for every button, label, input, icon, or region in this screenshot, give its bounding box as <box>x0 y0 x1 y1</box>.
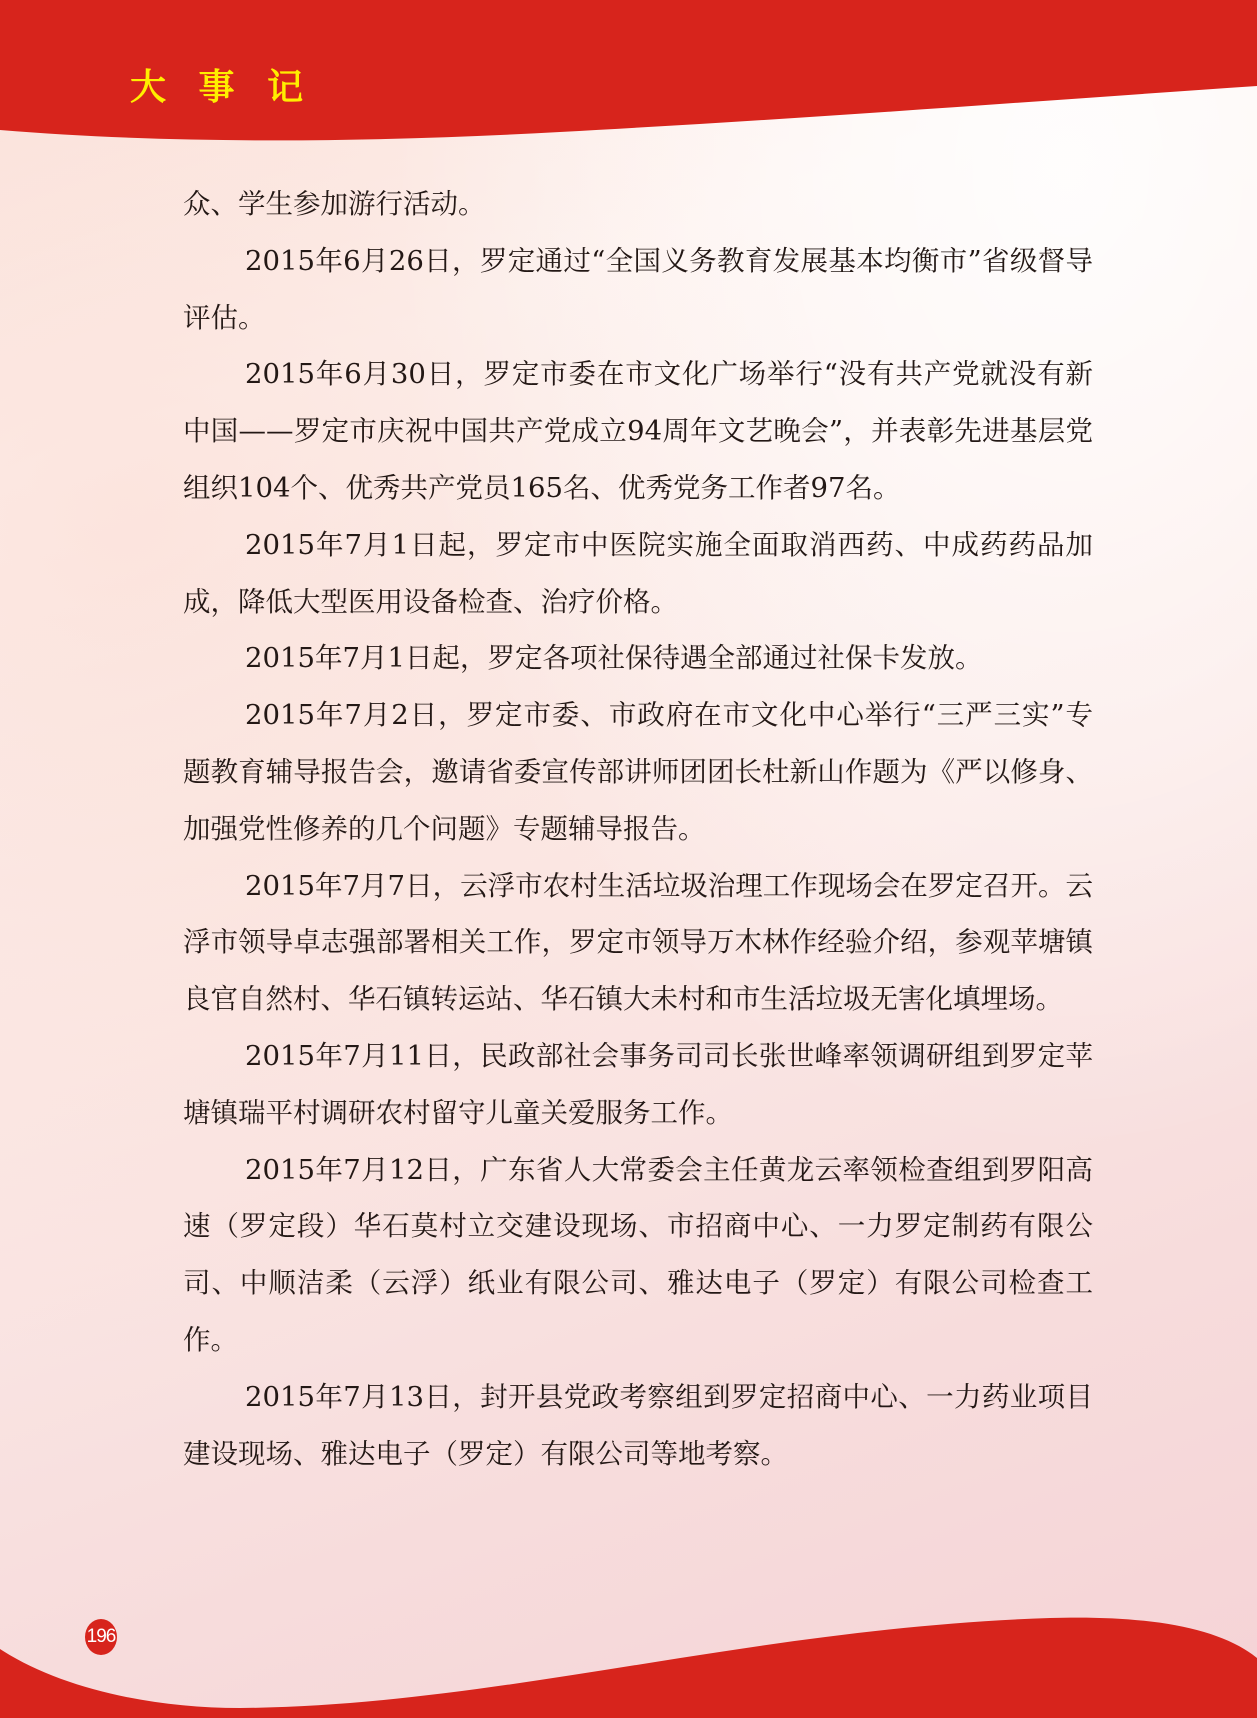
footer-band <box>0 1588 1257 1718</box>
chronicle-content: 众、学生参加游行活动。 2015年6月26日，罗定通过“全国义务教育发展基本均衡… <box>183 176 1093 1482</box>
event-entry: 2015年6月30日，罗定市委在市文化广场举行“没有共产党就没有新中国——罗定市… <box>183 346 1093 516</box>
page-number-badge: 196 <box>85 1619 117 1655</box>
event-entry: 2015年7月1日起，罗定各项社保待遇全部通过社保卡发放。 <box>183 630 1093 687</box>
paragraph-continuation: 众、学生参加游行活动。 <box>183 176 1093 233</box>
event-entry: 2015年6月26日，罗定通过“全国义务教育发展基本均衡市”省级督导评估。 <box>183 233 1093 347</box>
event-entry: 2015年7月7日，云浮市农村生活垃圾治理工作现场会在罗定召开。云浮市领导卓志强… <box>183 858 1093 1028</box>
section-title: 大 事 记 <box>130 70 313 106</box>
event-entry: 2015年7月11日，民政部社会事务司司长张世峰率领调研组到罗定苹塘镇瑞平村调研… <box>183 1028 1093 1142</box>
event-entry: 2015年7月12日，广东省人大常委会主任黄龙云率领检查组到罗阳高速（罗定段）华… <box>183 1142 1093 1369</box>
event-entry: 2015年7月2日，罗定市委、市政府在市文化中心举行“三严三实”专题教育辅导报告… <box>183 687 1093 857</box>
event-entry: 2015年7月13日，封开县党政考察组到罗定招商中心、一力药业项目建设现场、雅达… <box>183 1369 1093 1483</box>
event-entry: 2015年7月1日起，罗定市中医院实施全面取消西药、中成药药品加成，降低大型医用… <box>183 517 1093 631</box>
